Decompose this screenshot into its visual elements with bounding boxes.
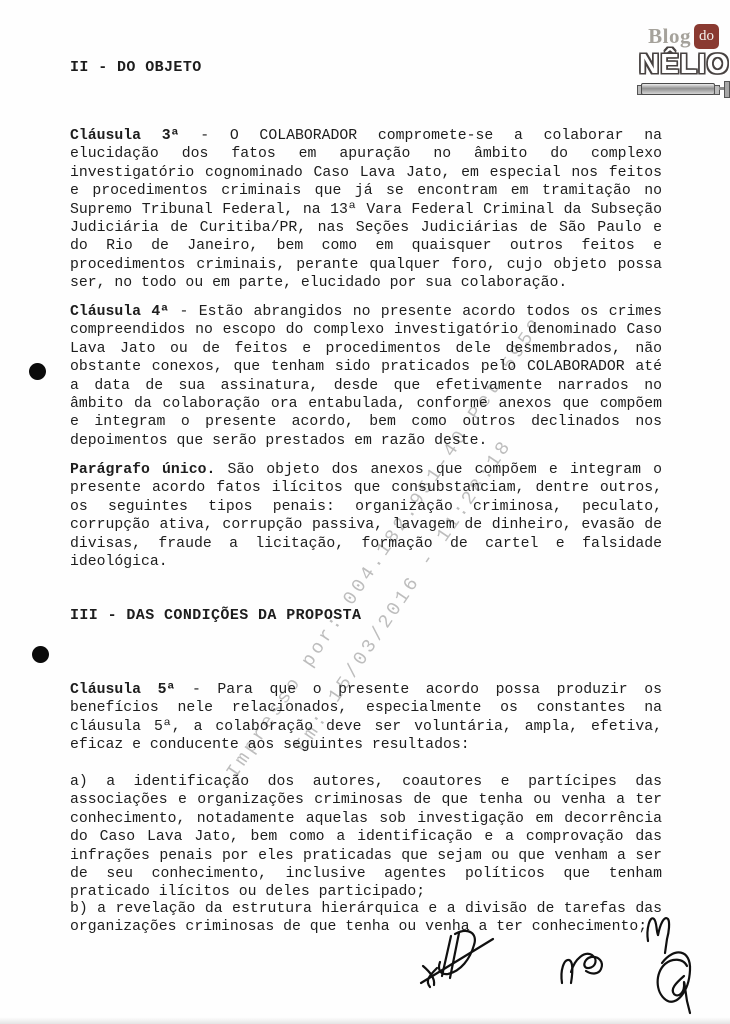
clause-3-lead: Cláusula 3ª: [70, 128, 180, 144]
logo-word-blog: Blog: [648, 24, 691, 49]
blog-do-nelio-logo: Blog do NÊLIO: [639, 23, 729, 98]
section-heading-condicoes: III - DAS CONDIÇÕES DA PROPOSTA: [70, 607, 361, 624]
clause-3-body: - O COLABORADOR compromete-se a colabora…: [70, 128, 662, 291]
hole-punch-dot: [32, 646, 49, 663]
logo-word-nelio: NÊLIO: [639, 50, 729, 78]
clause-4-paragraph: Cláusula 4ª - Estão abrangidos no presen…: [70, 303, 662, 450]
document-page: Impresso por: 004.182.951-40 Pet 5952 Em…: [0, 0, 730, 1024]
signature-scribble-2: [558, 947, 614, 987]
clause-4-lead: Cláusula 4ª: [70, 304, 169, 320]
roller-handle-grip: [724, 81, 730, 98]
signature-scribble-3: [634, 903, 714, 1018]
section-heading-objeto: II - DO OBJETO: [70, 59, 202, 76]
clause-4-body: - Estão abrangidos no presente acordo to…: [70, 304, 662, 449]
hole-punch-dot: [29, 363, 46, 380]
roller-bar: [641, 83, 715, 95]
single-paragraph-lead: Parágrafo único.: [70, 462, 215, 478]
list-item-a: a) a identificação dos autores, coautore…: [70, 773, 662, 902]
single-paragraph-body: São objeto dos anexos que compõem e inte…: [70, 462, 662, 570]
clause-5-lead: Cláusula 5ª: [70, 682, 175, 698]
paint-roller-icon: [639, 80, 729, 98]
single-paragraph-clause: Parágrafo único. São objeto dos anexos q…: [70, 461, 662, 571]
page-bottom-edge: [0, 1017, 730, 1024]
list-item-b: b) a revelação da estrutura hierárquica …: [70, 900, 662, 937]
logo-word-do-badge: do: [694, 24, 719, 49]
clause-5-paragraph: Cláusula 5ª - Para que o presente acordo…: [70, 681, 662, 755]
clause-3-paragraph: Cláusula 3ª - O COLABORADOR compromete-s…: [70, 127, 662, 293]
logo-top-row: Blog do: [639, 23, 729, 50]
signature-scribble-1: [418, 926, 498, 990]
